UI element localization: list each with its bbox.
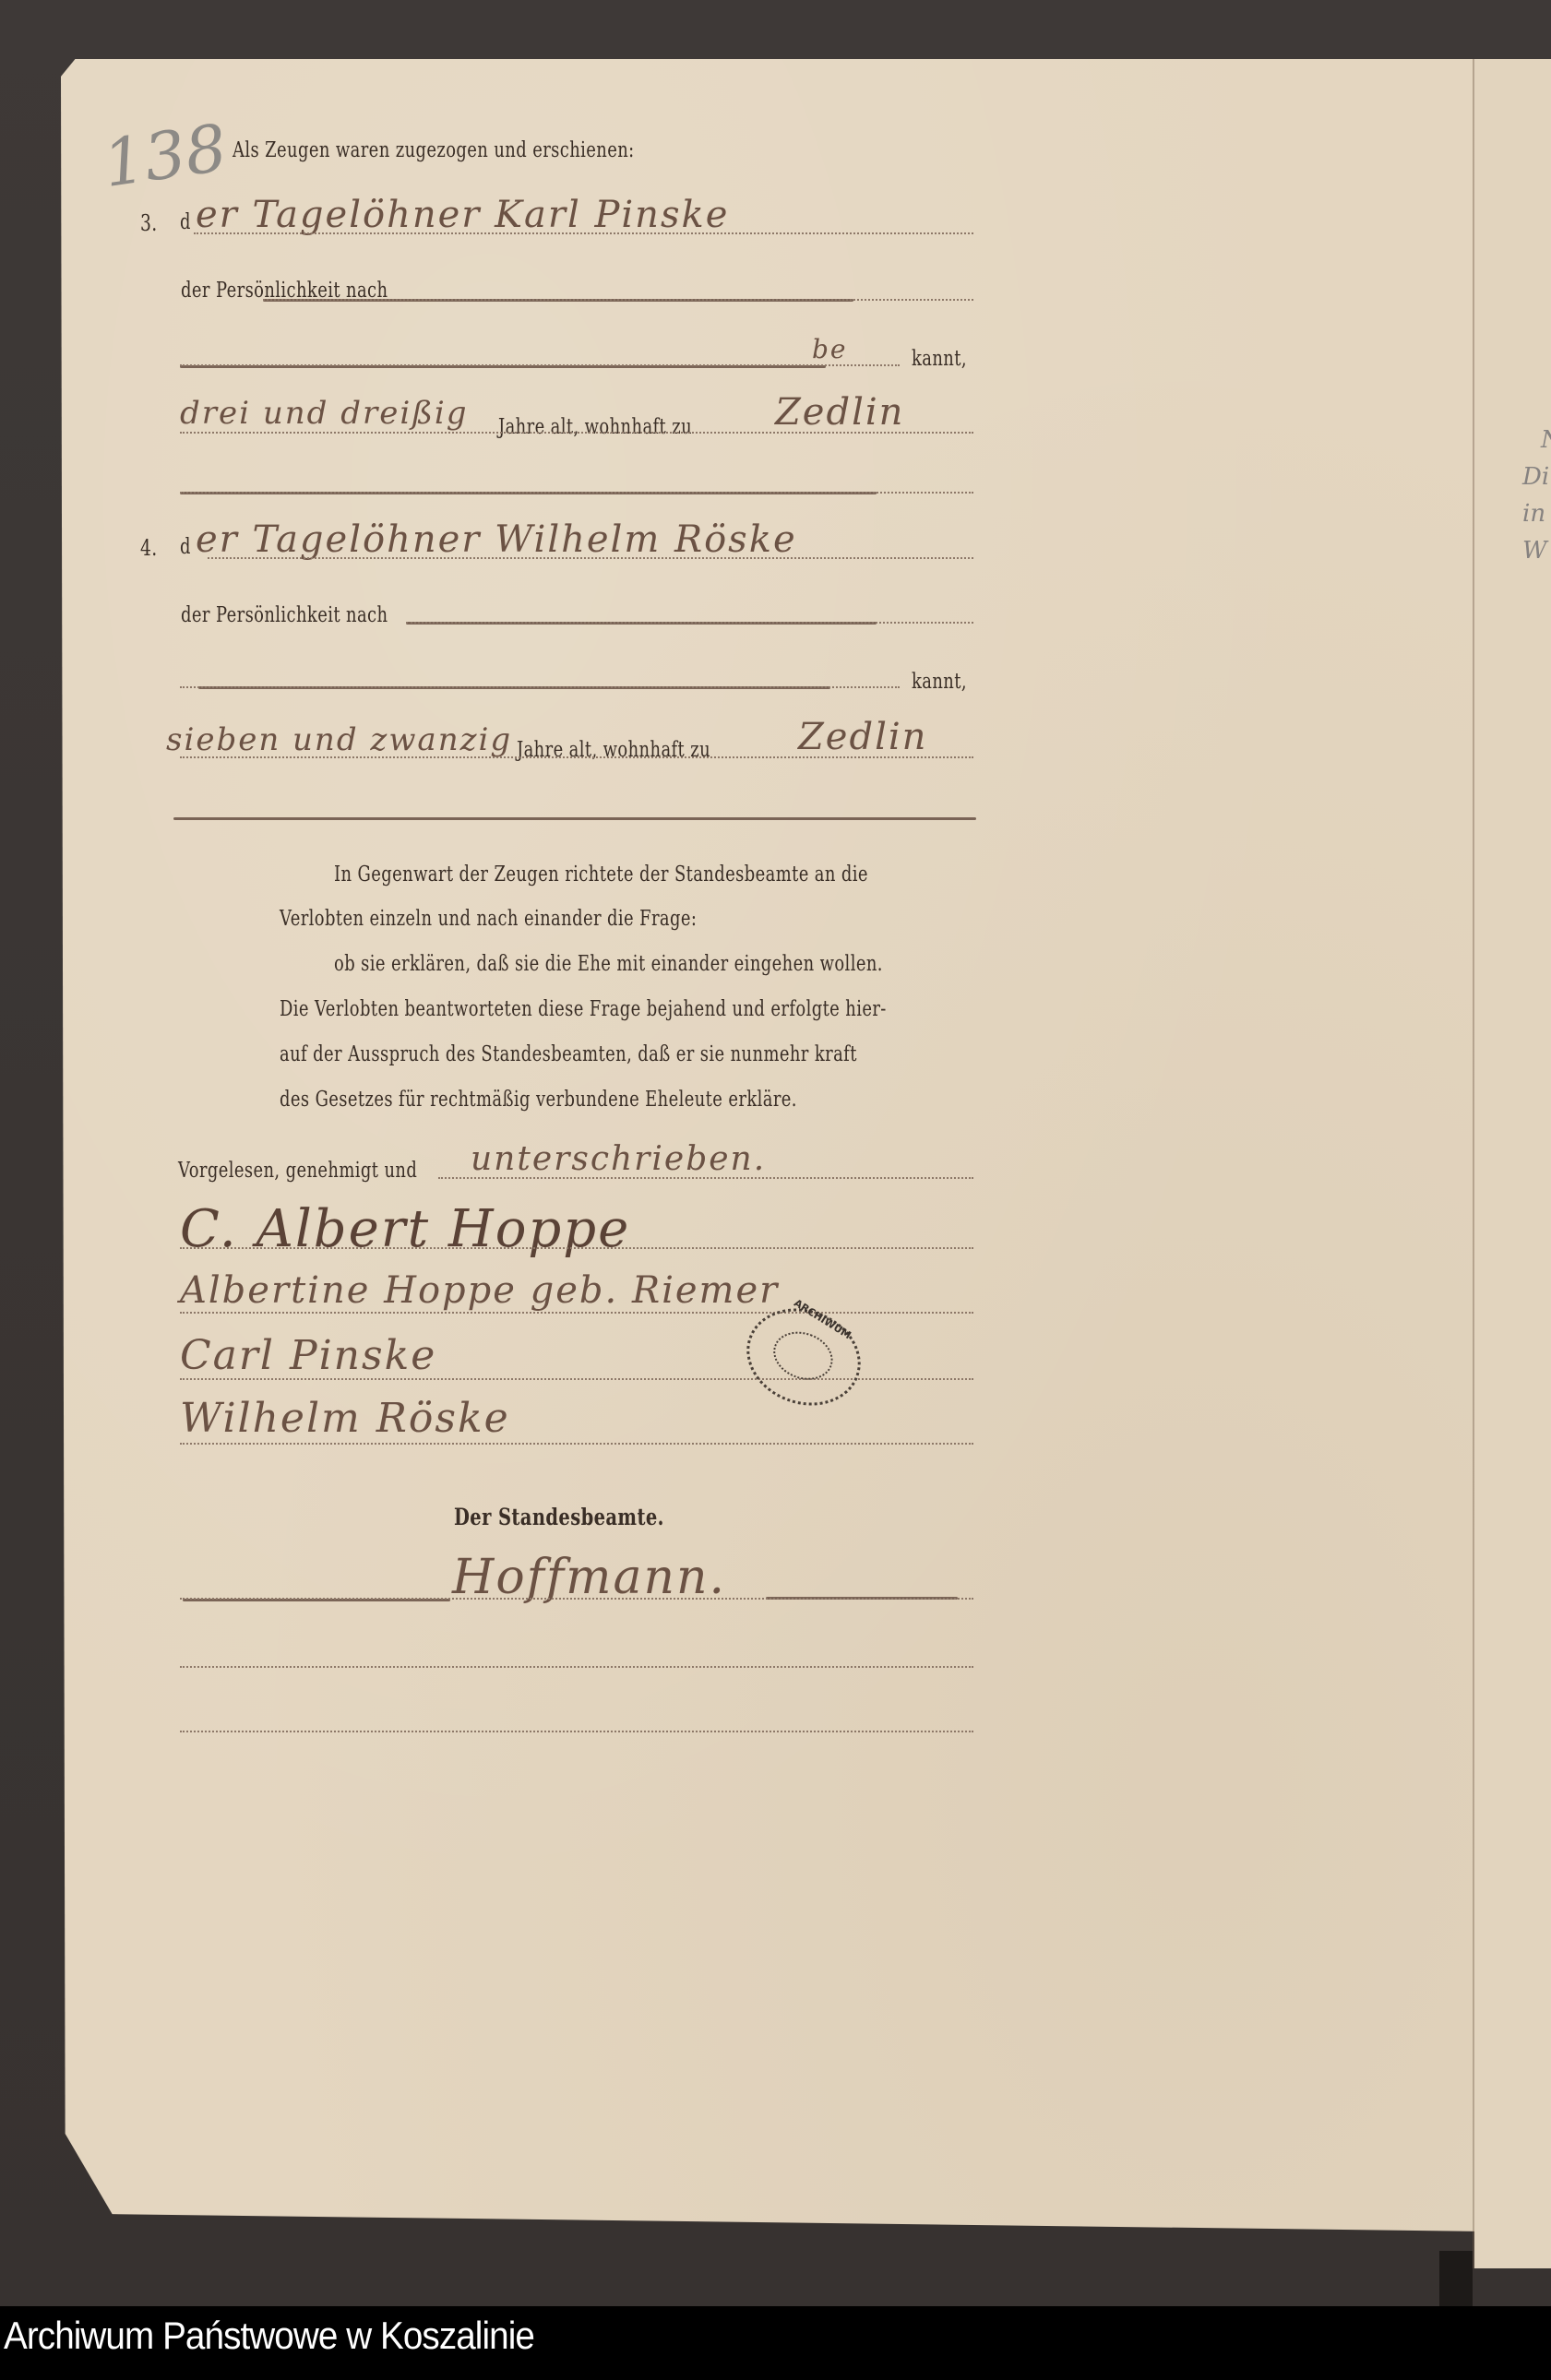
witness-3-age-label: Jahre alt, wohnhaft zu — [498, 415, 692, 439]
witness-4-residence: Zedlin — [798, 716, 927, 758]
signature-witness-4: Wilhelm Röske — [180, 1395, 510, 1442]
paragraph-line-5: auf der Ausspruch des Standesbeamten, da… — [280, 1042, 857, 1066]
fold-shadow — [1439, 2251, 1473, 2306]
signature-line-1 — [180, 1247, 973, 1249]
witness-3-number: 3. — [140, 210, 158, 236]
witness-3-name: er Tagelöhner Karl Pinske — [196, 194, 729, 236]
blank-line-2 — [180, 1731, 973, 1732]
witness-3-known-hand: be — [812, 334, 848, 364]
read-approved-label: Vorgelesen, genehmigt und — [178, 1159, 417, 1183]
adjacent-hand-1: N — [1541, 426, 1551, 454]
witness-4-age: sieben und zwanzig — [166, 721, 512, 758]
witness-4-identity-label: der Persönlichkeit nach — [181, 603, 388, 627]
witnesses-heading: Als Zeugen waren zugezogen und erschiene… — [233, 138, 635, 162]
signature-witness-3: Carl Pinske — [180, 1332, 436, 1379]
archive-footer: Archiwum Państwowe w Koszalinie — [0, 2306, 1551, 2380]
witness-4-known-line — [180, 686, 900, 688]
signature-line-2 — [180, 1312, 973, 1314]
document-page — [61, 59, 1486, 2231]
witness-4-name-line — [208, 557, 973, 559]
adjacent-hand-2: Di — [1522, 463, 1549, 491]
paragraph-line-4: Die Verlobten beantworteten diese Frage … — [280, 997, 887, 1021]
witness-3-residence-line — [180, 432, 973, 434]
witness-4-identity-line — [406, 622, 973, 624]
paragraph-line-3: ob sie erklären, daß sie die Ehe mit ein… — [334, 952, 883, 976]
witness-4-known-label: kannt, — [912, 670, 967, 694]
registrar-label: Der Standesbeamte. — [454, 1504, 664, 1530]
signature-bride: Albertine Hoppe geb. Riemer — [180, 1269, 779, 1312]
read-approved-hand: unterschrieben. — [471, 1140, 766, 1178]
witness-3-prefix: d — [180, 210, 191, 234]
read-approved-line — [438, 1177, 973, 1179]
registrar-line — [180, 1598, 973, 1600]
witness-3-known-label: kannt, — [912, 347, 967, 371]
witness-3-residence: Zedlin — [775, 391, 904, 434]
witness-4-blank-stroke — [173, 817, 976, 820]
witness-3-identity-line — [263, 299, 973, 301]
signature-groom: C. Albert Hoppe — [180, 1199, 630, 1259]
witness-3-name-line — [194, 232, 973, 234]
blank-line-1 — [180, 1666, 973, 1668]
adjacent-hand-4: W — [1522, 537, 1547, 565]
adjacent-page — [1474, 59, 1551, 2268]
witness-4-prefix: d — [180, 535, 191, 559]
archive-stamp-inner-ring — [767, 1324, 840, 1388]
witness-3-age: drei und dreißig — [180, 395, 469, 432]
page-fold — [1473, 59, 1474, 2268]
witness-4-age-label: Jahre alt, wohnhaft zu — [517, 738, 710, 762]
archive-name: Archiwum Państwowe w Koszalinie — [4, 2314, 534, 2358]
witness-4-residence-line — [180, 756, 973, 758]
registrar-signature: Hoffmann. — [452, 1550, 726, 1605]
witness-3-blank-line — [180, 492, 973, 494]
paragraph-line-1: In Gegenwart der Zeugen richtete der Sta… — [334, 863, 868, 887]
witness-4-number: 4. — [140, 535, 158, 561]
witness-4-name: er Tagelöhner Wilhelm Röske — [196, 518, 797, 561]
paragraph-line-6: des Gesetzes für rechtmäßig verbundene E… — [280, 1088, 797, 1112]
paragraph-line-2: Verlobten einzeln und nach einander die … — [280, 907, 697, 931]
signature-line-4 — [180, 1443, 973, 1445]
witness-3-known-line — [180, 364, 900, 366]
adjacent-hand-3: in — [1522, 500, 1545, 528]
